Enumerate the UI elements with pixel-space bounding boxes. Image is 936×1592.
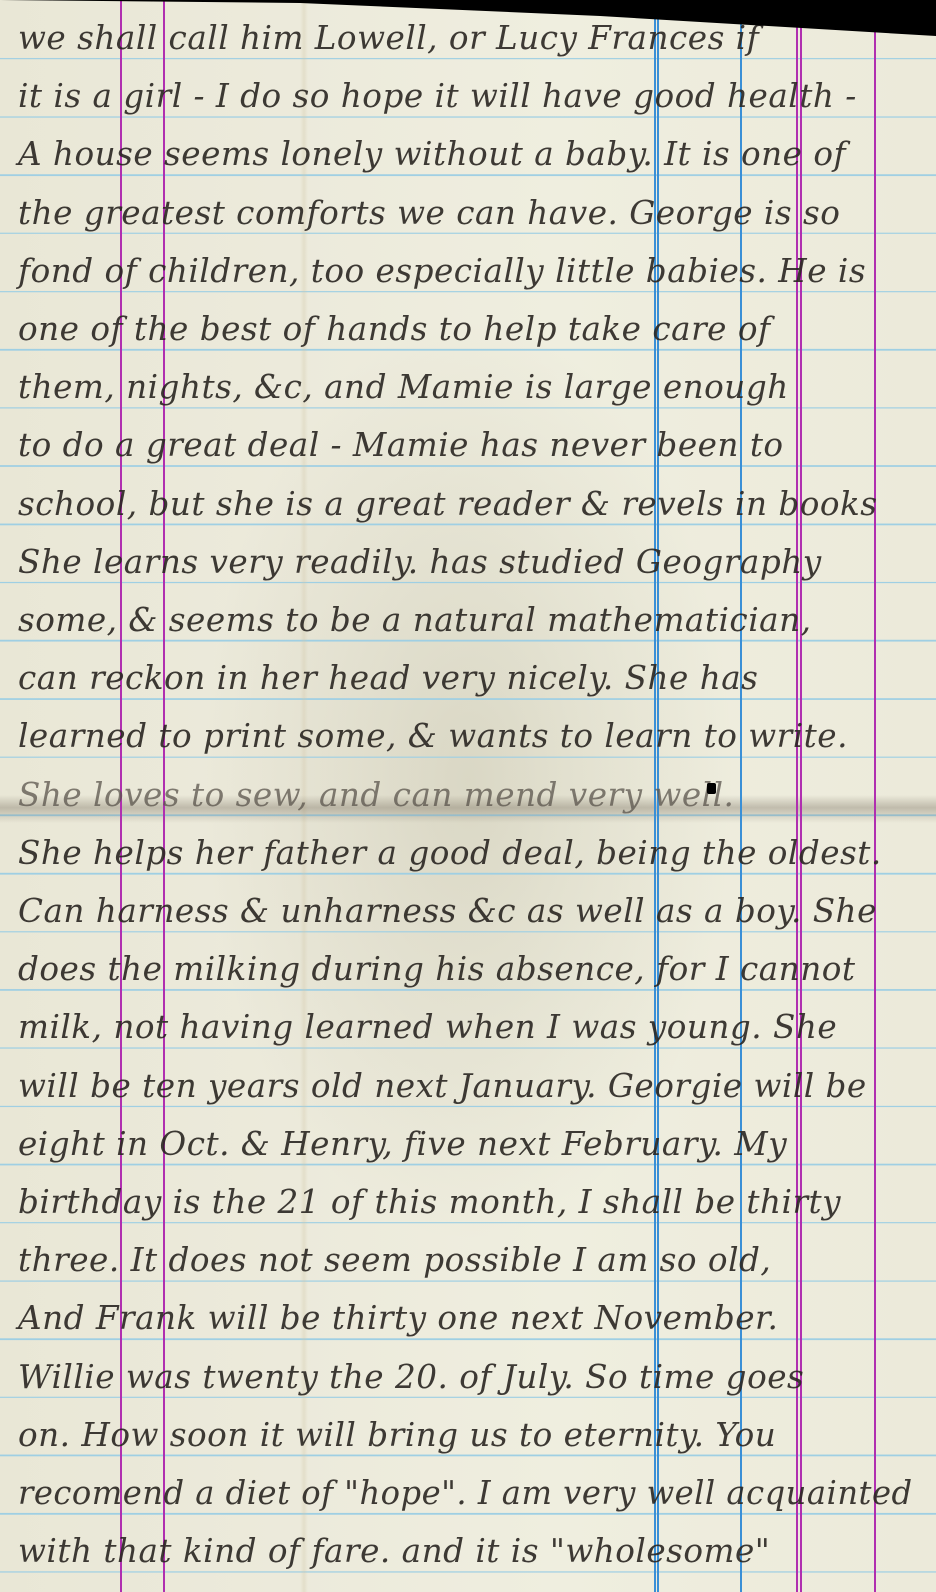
letter-line: fond of children, too especially little … xyxy=(18,251,913,290)
letter-line: eight in Oct. & Henry, five next Februar… xyxy=(18,1124,913,1163)
letter-line: to do a great deal - Mamie has never bee… xyxy=(18,425,913,464)
letter-line: She loves to sew, and can mend very well… xyxy=(18,775,913,814)
letter-line: can reckon in her head very nicely. She … xyxy=(18,658,913,697)
letter-line: some, & seems to be a natural mathematic… xyxy=(18,600,913,639)
letter-line: school, but she is a great reader & reve… xyxy=(18,484,913,523)
letter-line: learned to print some, & wants to learn … xyxy=(18,716,913,755)
letter-page: we shall call him Lowell, or Lucy France… xyxy=(0,0,936,1592)
letter-line: recomend a diet of "hope". I am very wel… xyxy=(18,1473,900,1512)
letter-line: them, nights, &c, and Mamie is large eno… xyxy=(18,367,913,406)
letter-line: She helps her father a good deal, being … xyxy=(18,833,913,872)
letter-line: And Frank will be thirty one next Novemb… xyxy=(18,1298,913,1337)
letter-line: Can harness & unharness &c as well as a … xyxy=(18,891,913,930)
letter-line: on. How soon it will bring us to eternit… xyxy=(18,1415,913,1454)
letter-line: milk, not having learned when I was youn… xyxy=(18,1007,913,1046)
letter-line: the greatest comforts we can have. Georg… xyxy=(18,193,913,232)
letter-line: with that kind of fare. and it is "whole… xyxy=(18,1531,913,1570)
letter-line: will be ten years old next January. Geor… xyxy=(18,1066,913,1105)
letter-line: A house seems lonely without a baby. It … xyxy=(18,134,913,173)
letter-line: it is a girl - I do so hope it will have… xyxy=(18,76,913,115)
letter-line: does the milking during his absence, for… xyxy=(18,949,913,988)
letter-line: three. It does not seem possible I am so… xyxy=(18,1240,913,1279)
letter-line: She learns very readily. has studied Geo… xyxy=(18,542,913,581)
letter-line: birthday is the 21 of this month, I shal… xyxy=(18,1182,913,1221)
ink-blot xyxy=(707,783,716,794)
letter-line: Willie was twenty the 20. of July. So ti… xyxy=(18,1357,913,1396)
letter-line: one of the best of hands to help take ca… xyxy=(18,309,913,348)
